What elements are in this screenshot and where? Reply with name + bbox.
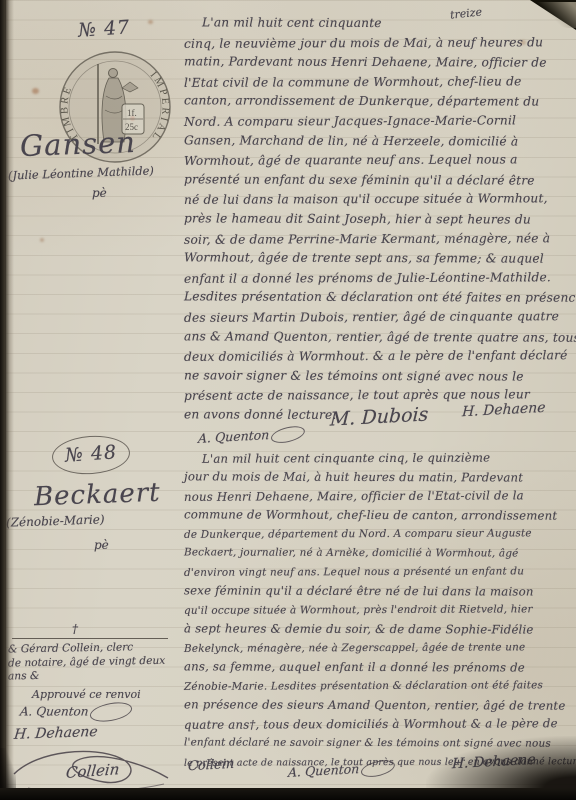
- act-line: ans & Amand Quenton, rentier, âgé de tre…: [184, 327, 566, 348]
- marginal-renvoi-note: † & Gérard Collein, clerc de notaire, âg…: [8, 636, 176, 796]
- act-line: Bekelynck, ménagère, née à Zegerscappel,…: [184, 638, 566, 659]
- act-line: Wormhout, âgé de quarante neuf ans. Lequ…: [184, 150, 566, 171]
- act-line: enfant il a donné les prénoms de Julie-L…: [184, 268, 566, 289]
- act-line: Lesdites présentation & déclaration ont …: [184, 288, 566, 309]
- act-line: sexe féminin qu'il a déclaré être né de …: [184, 581, 566, 601]
- act-line: de Dunkerque, département du Nord. A com…: [184, 524, 566, 545]
- act-line: nous Henri Dehaene, Maire, officier de l…: [184, 486, 566, 507]
- act-line: Nord. A comparu sieur Jacques-Ignace-Mar…: [184, 111, 566, 132]
- annotation-rule: [12, 638, 168, 639]
- annotation-signature-quenton-label: A. Quenton: [19, 704, 89, 718]
- act-line: près le hameau dit Saint Joseph, hier à …: [184, 209, 566, 230]
- act-line: L'an mil huit cent cinquante: [184, 13, 566, 34]
- act-line: quatre ans†, tous deux domiciliés à Worm…: [184, 714, 566, 735]
- act-line: Wormhout, âgée de trente sept ans, sa fe…: [184, 248, 566, 269]
- annotation-signature-collein-label: Collein: [65, 760, 120, 782]
- act-48-margin-note: pè: [94, 538, 109, 552]
- stamp-value-top: 1f.: [127, 108, 137, 118]
- act-47-number: № 47: [77, 16, 131, 42]
- renvoi-mark: †: [72, 622, 78, 636]
- act-line: jour du mois de Mai, à huit heures du ma…: [184, 467, 566, 487]
- signature-collein-bottom: Collein: [188, 757, 235, 774]
- act-line: en présence des sieurs Amand Quenton, re…: [184, 695, 566, 715]
- act-line: né de lui dans la maison qu'il occupe si…: [184, 190, 566, 211]
- act-line: ne savoir signer & les témoins ont signé…: [184, 366, 566, 387]
- quenton-paraph-flourish: [90, 699, 133, 724]
- act-line: Gansen, Marchand de lin, né à Herzeele, …: [184, 131, 566, 152]
- annotation-line: ans &: [8, 668, 176, 684]
- signature-quenton-label: A. Quenton: [198, 427, 270, 446]
- act-line: Zénobie-Marie. Lesdites présentation & d…: [184, 676, 566, 697]
- act-48-body: L'an mil huit cent cinquante cinq, le qu…: [184, 449, 566, 772]
- act-line: deux domiciliés à Wormhout. & a le père …: [184, 346, 566, 367]
- foxing-spot: [32, 88, 39, 94]
- act-line: ans, sa femme, auquel enfant il a donné …: [184, 657, 566, 677]
- act-line: qu'il occupe située à Wormhout, près l'e…: [184, 600, 566, 621]
- act-47-body: treize L'an mil huit cent cinquante cinq…: [184, 14, 566, 425]
- act-line: L'an mil huit cent cinquante cinq, le qu…: [184, 448, 566, 469]
- signature-quenton-bottom-label: A. Quenton: [288, 761, 360, 780]
- act-line: canton, arrondissement de Dunkerque, dép…: [184, 92, 566, 113]
- act-48-margin-name: Beckaert: [34, 478, 162, 512]
- annotation-signature-dehaene: H. Dehaene: [13, 721, 177, 743]
- binding-gutter-edge: [0, 0, 14, 800]
- act-line: présenté un enfant du sexe féminin qu'il…: [184, 170, 566, 191]
- act-47-margin-name: Gansen: [19, 125, 136, 163]
- act-line: commune de Wormhout, chef-lieu de canton…: [184, 505, 566, 525]
- act-line: matin, Pardevant nous Henri Dehaene, Mai…: [184, 53, 566, 74]
- register-page-scan: № 47 TIMBRE IMPERIAL 1f. 25c Ga: [0, 0, 576, 800]
- foxing-spot: [40, 238, 44, 242]
- foxing-spot: [148, 20, 153, 24]
- act-line: à sept heures & demie du soir, & de dame…: [184, 619, 566, 639]
- approval-note: Approuvé ce renvoi: [32, 688, 176, 701]
- act-line: Beckaert, journalier, né à Arnèke, domic…: [184, 543, 566, 563]
- page-corner-bottom-left: [0, 748, 16, 788]
- scan-bottom-edge: [0, 788, 576, 800]
- act-line: soir, & de dame Perrine-Marie Kermant, m…: [184, 229, 566, 250]
- act-line: des sieurs Martin Dubois, rentier, âgé d…: [184, 307, 566, 328]
- act-line: cinq, le neuvième jour du mois de Mai, à…: [184, 33, 566, 54]
- annotation-signature-quenton: A. Quenton: [19, 703, 177, 721]
- act-line: l'Etat civil de la commune de Wormhout, …: [184, 72, 566, 93]
- act-47-margin-note: pè: [92, 186, 107, 200]
- act-line: d'environ vingt neuf ans. Lequel nous a …: [184, 562, 566, 583]
- page-corner-bottom-right: [426, 736, 576, 788]
